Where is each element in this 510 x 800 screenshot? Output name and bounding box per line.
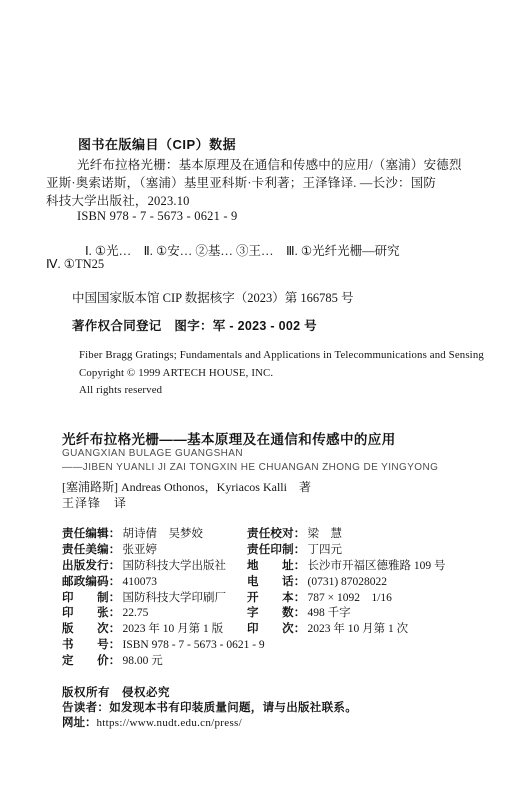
row-value: 98.00 元 — [121, 655, 163, 667]
website-url: https://www.nudt.edu.cn/press/ — [97, 717, 242, 729]
website-line: 网址：https://www.nudt.edu.cn/press/ — [62, 714, 242, 730]
row-label: 责任编辑： — [62, 528, 121, 540]
row-label: 责任美编： — [62, 544, 121, 556]
colophon-row-publisher: 出版发行：国防科技大学出版社 — [62, 559, 265, 575]
row-label: 地 址： — [247, 560, 306, 572]
row-value: 丁四元 — [306, 544, 343, 556]
copyright-page: 图书在版编目（CIP）数据 光纤布拉格光栅：基本原理及在通信和传感中的应用/（塞… — [0, 0, 510, 800]
row-value: 787 × 1092 1/16 — [306, 592, 392, 604]
cip-description-line: 亚斯·奥索诺斯，（塞浦）基里亚科斯·卡利著；王泽锋译. —长沙：国防 — [46, 173, 436, 191]
original-copyright-line: Copyright © 1999 ARTECH HOUSE, INC. — [79, 367, 273, 379]
row-label: 定 价： — [62, 655, 121, 667]
book-title-pinyin: GUANGXIAN BULAGE GUANGSHAN — [62, 448, 243, 459]
row-value: (0731) 87028022 — [306, 576, 388, 588]
colophon-row-sheets: 印 张：22.75 — [62, 606, 265, 622]
colophon-row-isbn: 书 号：ISBN 978 - 7 - 5673 - 0621 - 9 — [62, 638, 265, 654]
authors-line: [塞浦路斯] Andreas Othonos，Kyriacos Kalli 著 — [62, 478, 311, 495]
row-value: 22.75 — [121, 607, 149, 619]
colophon-row-printer: 印 制：国防科技大学印刷厂 — [62, 591, 265, 607]
colophon-right-column: 责任校对：梁 慧 责任印制：丁四元 地 址：长沙市开福区德雅路 109 号 电 … — [247, 527, 446, 638]
cip-classification-line: Ⅳ. ①TN25 — [46, 256, 104, 272]
row-value: 2023 年 10 月第 1 次 — [306, 623, 409, 635]
row-label: 责任校对： — [247, 528, 306, 540]
cip-heading: 图书在版编目（CIP）数据 — [78, 134, 236, 153]
row-value: 国防科技大学印刷厂 — [121, 592, 227, 604]
colophon-left-column: 责任编辑：胡诗倩 吴梦姣 责任美编：张亚婷 出版发行：国防科技大学出版社 邮政编… — [62, 527, 265, 670]
website-label: 网址： — [62, 717, 97, 729]
colophon-row-editor: 责任编辑：胡诗倩 吴梦姣 — [62, 527, 265, 543]
row-value: 国防科技大学出版社 — [121, 560, 227, 572]
row-label: 邮政编码： — [62, 576, 121, 588]
colophon-row-phone: 电 话：(0731) 87028022 — [247, 575, 446, 591]
colophon-row-proofreader: 责任校对：梁 慧 — [247, 527, 446, 543]
row-label: 书 号： — [62, 639, 121, 651]
colophon-row-print-supervisor: 责任印制：丁四元 — [247, 543, 446, 559]
colophon-row-art-editor: 责任美编：张亚婷 — [62, 543, 265, 559]
colophon-row-address: 地 址：长沙市开福区德雅路 109 号 — [247, 559, 446, 575]
cip-isbn-line: ISBN 978 - 7 - 5673 - 0621 - 9 — [77, 209, 238, 224]
colophon-row-postcode: 邮政编码：410073 — [62, 575, 265, 591]
row-value: 2023 年 10 月第 1 版 — [121, 623, 224, 635]
row-value: ISBN 978 - 7 - 5673 - 0621 - 9 — [121, 639, 265, 651]
cip-registry-number: 中国国家版本馆 CIP 数据核字（2023）第 166785 号 — [72, 288, 354, 306]
colophon-row-format: 开 本：787 × 1092 1/16 — [247, 591, 446, 607]
copyright-contract-number: 著作权合同登记 图字：军 - 2023 - 002 号 — [72, 316, 317, 334]
row-label: 字 数： — [247, 607, 306, 619]
row-label: 出版发行： — [62, 560, 121, 572]
cip-description-line: 科技大学出版社，2023.10 — [46, 191, 190, 209]
book-subtitle-pinyin: ——JIBEN YUANLI JI ZAI TONGXIN HE CHUANGA… — [62, 462, 438, 473]
row-value: 梁 慧 — [306, 528, 343, 540]
colophon-row-price: 定 价：98.00 元 — [62, 654, 265, 670]
reader-notice: 告读者：如发现本书有印装质量问题，请与出版社联系。 — [62, 699, 357, 715]
colophon-row-wordcount: 字 数：498 千字 — [247, 606, 446, 622]
row-label: 印 次： — [247, 623, 306, 635]
original-title-line: Fiber Bragg Gratings; Fundamentals and A… — [79, 349, 484, 361]
cip-description-line: 光纤布拉格光栅：基本原理及在通信和传感中的应用/（塞浦）安德烈 — [77, 155, 462, 173]
row-label: 印 制： — [62, 592, 121, 604]
row-label: 开 本： — [247, 592, 306, 604]
translator-line: 王泽锋 译 — [62, 494, 127, 511]
all-rights-reserved-notice: 版权所有 侵权必究 — [62, 684, 170, 700]
cip-classification-line: Ⅰ. ①光… Ⅱ. ①安… ②基… ③王… Ⅲ. ①光纤光栅—研究 — [85, 241, 400, 259]
row-value: 长沙市开福区德雅路 109 号 — [306, 560, 446, 572]
row-label: 责任印制： — [247, 544, 306, 556]
row-value: 410073 — [121, 576, 158, 588]
colophon-row-edition: 版 次：2023 年 10 月第 1 版 — [62, 622, 265, 638]
colophon-row-impression: 印 次：2023 年 10 月第 1 次 — [247, 622, 446, 638]
row-label: 电 话： — [247, 576, 306, 588]
book-title: 光纤布拉格光栅——基本原理及在通信和传感中的应用 — [62, 428, 396, 448]
row-value: 胡诗倩 吴梦姣 — [121, 528, 204, 540]
row-value: 498 千字 — [306, 607, 351, 619]
row-label: 版 次： — [62, 623, 121, 635]
rights-reserved-line: All rights reserved — [79, 384, 162, 396]
row-value: 张亚婷 — [121, 544, 158, 556]
row-label: 印 张： — [62, 607, 121, 619]
